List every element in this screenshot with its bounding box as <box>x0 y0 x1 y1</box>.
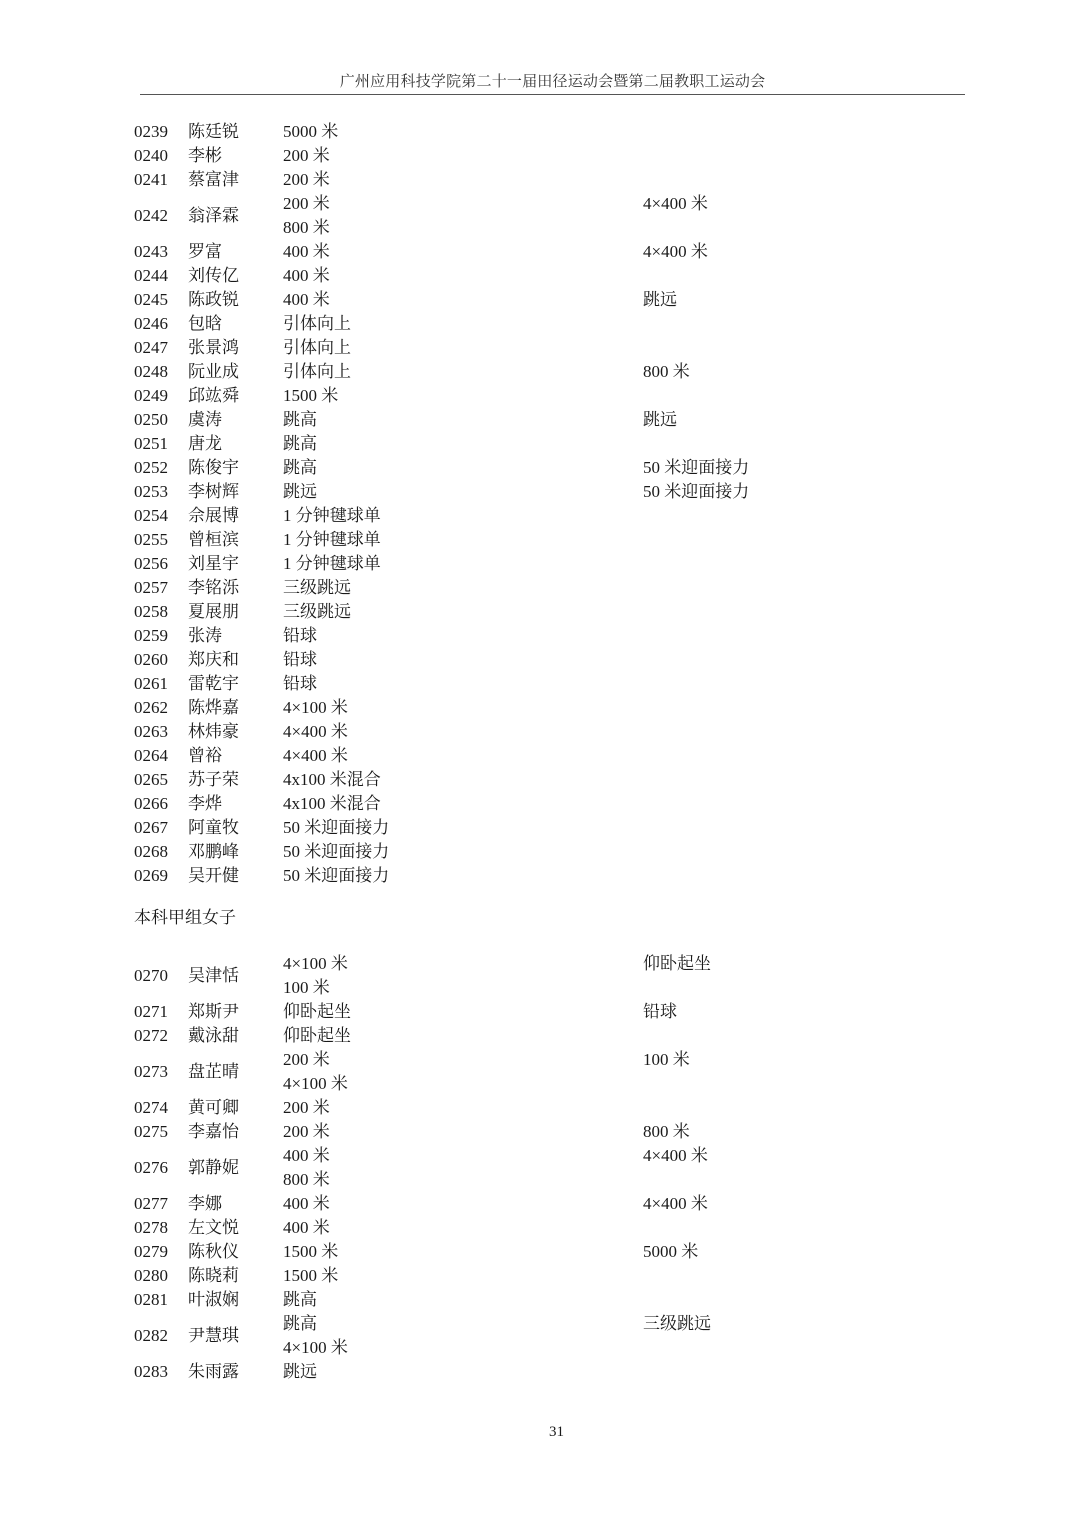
event-item: 400 米 <box>283 1216 330 1240</box>
entry-row: 0241蔡富津200 米 <box>0 168 1080 192</box>
event-item: 跳高 <box>283 1312 348 1336</box>
athlete-name: 盘芷晴 <box>188 1060 239 1084</box>
event-item: 4×400 米 <box>643 192 708 216</box>
entry-row: 0273盘芷晴200 米4×100 米100 米 <box>0 1048 1080 1096</box>
event-item: 50 米迎面接力 <box>283 840 389 864</box>
entry-row: 0251唐龙跳高 <box>0 432 1080 456</box>
event-item: 铅球 <box>283 648 317 672</box>
events-primary: 200 米 <box>283 1120 330 1144</box>
event-item: 仰卧起坐 <box>643 952 711 976</box>
event-item: 200 米 <box>283 168 330 192</box>
event-item: 4×400 米 <box>643 240 708 264</box>
events-primary: 50 米迎面接力 <box>283 816 389 840</box>
athlete-number: 0270 <box>134 964 168 988</box>
events-secondary: 50 米迎面接力 <box>643 480 749 504</box>
athlete-number: 0283 <box>134 1360 168 1384</box>
athlete-name: 陈政锐 <box>188 288 239 312</box>
athlete-number: 0257 <box>134 576 168 600</box>
event-item: 跳高 <box>283 408 317 432</box>
event-item: 400 米 <box>283 240 330 264</box>
event-item: 跳高 <box>283 1288 317 1312</box>
athlete-number: 0239 <box>134 120 168 144</box>
athlete-name: 刘传亿 <box>188 264 239 288</box>
events-primary: 4x100 米混合 <box>283 768 381 792</box>
athlete-number: 0262 <box>134 696 168 720</box>
entry-row: 0258夏展朋三级跳远 <box>0 600 1080 624</box>
events-primary: 200 米 <box>283 1096 330 1120</box>
entry-row: 0270吴津恬4×100 米100 米仰卧起坐 <box>0 952 1080 1000</box>
athlete-number: 0275 <box>134 1120 168 1144</box>
athlete-number: 0273 <box>134 1060 168 1084</box>
events-primary: 400 米 <box>283 264 330 288</box>
event-item: 仰卧起坐 <box>283 1024 351 1048</box>
athlete-number: 0259 <box>134 624 168 648</box>
section-heading: 本科甲组女子 <box>134 906 236 930</box>
events-secondary: 800 米 <box>643 1120 690 1144</box>
event-item: 跳高 <box>283 456 317 480</box>
events-primary: 铅球 <box>283 672 317 696</box>
athlete-name: 张涛 <box>188 624 222 648</box>
events-primary: 400 米 <box>283 288 330 312</box>
events-secondary: 5000 米 <box>643 1240 698 1264</box>
athlete-name: 吴开健 <box>188 864 239 888</box>
athlete-number: 0267 <box>134 816 168 840</box>
events-primary: 4x100 米混合 <box>283 792 381 816</box>
entry-row: 0252陈俊宇跳高50 米迎面接力 <box>0 456 1080 480</box>
athlete-number: 0269 <box>134 864 168 888</box>
events-secondary: 铅球 <box>643 1000 677 1024</box>
event-item: 仰卧起坐 <box>283 1000 351 1024</box>
event-item: 4×400 米 <box>643 1192 708 1216</box>
athlete-number: 0278 <box>134 1216 168 1240</box>
athlete-number: 0254 <box>134 504 168 528</box>
entry-row: 0249邱竑舜1500 米 <box>0 384 1080 408</box>
event-item: 铅球 <box>643 1000 677 1024</box>
athlete-name: 李彬 <box>188 144 222 168</box>
event-item: 铅球 <box>283 672 317 696</box>
entry-row: 0243罗富400 米4×400 米 <box>0 240 1080 264</box>
event-item: 400 米 <box>283 264 330 288</box>
events-primary: 200 米 <box>283 144 330 168</box>
events-secondary: 三级跳远 <box>643 1312 711 1336</box>
event-item: 铅球 <box>283 624 317 648</box>
event-item: 跳远 <box>643 288 677 312</box>
events-secondary: 4×400 米 <box>643 1144 708 1168</box>
entry-row: 0254佘展博1 分钟毽球单 <box>0 504 1080 528</box>
athlete-number: 0250 <box>134 408 168 432</box>
athlete-name: 朱雨露 <box>188 1360 239 1384</box>
athlete-number: 0253 <box>134 480 168 504</box>
entry-row: 0280陈晓莉1500 米 <box>0 1264 1080 1288</box>
event-item: 4×100 米 <box>283 1336 348 1360</box>
athlete-name: 叶淑娴 <box>188 1288 239 1312</box>
athlete-number: 0260 <box>134 648 168 672</box>
events-secondary: 仰卧起坐 <box>643 952 711 976</box>
event-item: 1500 米 <box>283 1264 338 1288</box>
athlete-number: 0276 <box>134 1156 168 1180</box>
entry-row: 0265苏子荣4x100 米混合 <box>0 768 1080 792</box>
athlete-number: 0245 <box>134 288 168 312</box>
athlete-name: 佘展博 <box>188 504 239 528</box>
athlete-name: 翁泽霖 <box>188 204 239 228</box>
athlete-number: 0241 <box>134 168 168 192</box>
events-primary: 仰卧起坐 <box>283 1024 351 1048</box>
events-primary: 引体向上 <box>283 312 351 336</box>
events-primary: 5000 米 <box>283 120 338 144</box>
event-item: 50 米迎面接力 <box>643 456 749 480</box>
events-primary: 4×400 米 <box>283 744 348 768</box>
athlete-number: 0247 <box>134 336 168 360</box>
athlete-number: 0282 <box>134 1324 168 1348</box>
athlete-name: 陈晓莉 <box>188 1264 239 1288</box>
event-item: 5000 米 <box>283 120 338 144</box>
athlete-name: 阿童牧 <box>188 816 239 840</box>
athlete-number: 0240 <box>134 144 168 168</box>
events-primary: 200 米4×100 米 <box>283 1048 348 1096</box>
event-item: 4x100 米混合 <box>283 768 381 792</box>
athlete-name: 陈烨嘉 <box>188 696 239 720</box>
entry-row: 0248阮业成引体向上800 米 <box>0 360 1080 384</box>
event-item: 100 米 <box>283 976 348 1000</box>
events-primary: 400 米800 米 <box>283 1144 330 1192</box>
events-primary: 铅球 <box>283 624 317 648</box>
event-item: 50 米迎面接力 <box>643 480 749 504</box>
athlete-number: 0266 <box>134 792 168 816</box>
event-item: 800 米 <box>643 1120 690 1144</box>
athlete-number: 0249 <box>134 384 168 408</box>
athlete-number: 0277 <box>134 1192 168 1216</box>
athlete-name: 郑庆和 <box>188 648 239 672</box>
athlete-name: 黄可卿 <box>188 1096 239 1120</box>
entry-row: 0259张涛铅球 <box>0 624 1080 648</box>
athlete-name: 张景鸿 <box>188 336 239 360</box>
athlete-name: 雷乾宇 <box>188 672 239 696</box>
event-item: 4×100 米 <box>283 1072 348 1096</box>
events-primary: 跳高 <box>283 1288 317 1312</box>
athlete-name: 曾桓滨 <box>188 528 239 552</box>
athlete-number: 0281 <box>134 1288 168 1312</box>
event-item: 1 分钟毽球单 <box>283 528 381 552</box>
athlete-name: 蔡富津 <box>188 168 239 192</box>
events-primary: 400 米 <box>283 240 330 264</box>
athlete-number: 0256 <box>134 552 168 576</box>
athlete-name: 包晗 <box>188 312 222 336</box>
events-secondary: 4×400 米 <box>643 240 708 264</box>
entry-row: 0266李烨4x100 米混合 <box>0 792 1080 816</box>
events-primary: 1500 米 <box>283 384 338 408</box>
event-item: 跳远 <box>283 480 317 504</box>
event-item: 200 米 <box>283 1096 330 1120</box>
athlete-number: 0265 <box>134 768 168 792</box>
event-item: 200 米 <box>283 1120 330 1144</box>
entry-row: 0264曾裕4×400 米 <box>0 744 1080 768</box>
event-item: 800 米 <box>283 1168 330 1192</box>
athlete-number: 0261 <box>134 672 168 696</box>
events-primary: 4×100 米100 米 <box>283 952 348 1000</box>
event-item: 引体向上 <box>283 336 351 360</box>
athlete-name: 戴泳甜 <box>188 1024 239 1048</box>
athlete-name: 阮业成 <box>188 360 239 384</box>
entry-row: 0239陈廷锐5000 米 <box>0 120 1080 144</box>
event-item: 4×100 米 <box>283 696 348 720</box>
athlete-name: 虞涛 <box>188 408 222 432</box>
event-item: 4×400 米 <box>643 1144 708 1168</box>
event-item: 200 米 <box>283 192 330 216</box>
events-primary: 1 分钟毽球单 <box>283 504 381 528</box>
events-primary: 400 米 <box>283 1216 330 1240</box>
event-item: 三级跳远 <box>283 576 351 600</box>
entry-row: 0277李娜400 米4×400 米 <box>0 1192 1080 1216</box>
event-item: 50 米迎面接力 <box>283 864 389 888</box>
event-item: 800 米 <box>283 216 330 240</box>
header-rule <box>140 94 965 95</box>
athlete-name: 郑斯尹 <box>188 1000 239 1024</box>
event-item: 1500 米 <box>283 1240 338 1264</box>
athlete-number: 0244 <box>134 264 168 288</box>
events-primary: 1 分钟毽球单 <box>283 528 381 552</box>
entry-row: 0269吴开健50 米迎面接力 <box>0 864 1080 888</box>
athlete-name: 李树辉 <box>188 480 239 504</box>
event-item: 200 米 <box>283 144 330 168</box>
event-item: 三级跳远 <box>643 1312 711 1336</box>
athlete-number: 0268 <box>134 840 168 864</box>
events-primary: 200 米800 米 <box>283 192 330 240</box>
event-item: 200 米 <box>283 1048 348 1072</box>
entry-row: 0276郭静妮400 米800 米4×400 米 <box>0 1144 1080 1192</box>
event-item: 跳远 <box>283 1360 317 1384</box>
athlete-number: 0263 <box>134 720 168 744</box>
events-secondary: 4×400 米 <box>643 1192 708 1216</box>
athlete-number: 0251 <box>134 432 168 456</box>
athlete-name: 曾裕 <box>188 744 222 768</box>
entry-row: 0282尹慧琪跳高4×100 米三级跳远 <box>0 1312 1080 1360</box>
events-primary: 50 米迎面接力 <box>283 864 389 888</box>
page-number: 31 <box>0 1424 1080 1441</box>
athlete-name: 李嘉怡 <box>188 1120 239 1144</box>
athlete-number: 0242 <box>134 204 168 228</box>
entry-row: 0246包晗引体向上 <box>0 312 1080 336</box>
entry-row: 0257李铭泺三级跳远 <box>0 576 1080 600</box>
entry-row: 0275李嘉怡200 米800 米 <box>0 1120 1080 1144</box>
event-item: 400 米 <box>283 288 330 312</box>
events-primary: 跳远 <box>283 1360 317 1384</box>
event-item: 三级跳远 <box>283 600 351 624</box>
athlete-name: 左文悦 <box>188 1216 239 1240</box>
event-item: 4x100 米混合 <box>283 792 381 816</box>
entry-row: 0245陈政锐400 米跳远 <box>0 288 1080 312</box>
events-primary: 三级跳远 <box>283 600 351 624</box>
events-primary: 200 米 <box>283 168 330 192</box>
page-header-title: 广州应用科技学院第二十一届田径运动会暨第二届教职工运动会 <box>140 70 965 91</box>
entry-row: 0242翁泽霖200 米800 米4×400 米 <box>0 192 1080 240</box>
athlete-name: 刘星宇 <box>188 552 239 576</box>
entry-row: 0263林炜豪4×400 米 <box>0 720 1080 744</box>
entry-row: 0255曾桓滨1 分钟毽球单 <box>0 528 1080 552</box>
athlete-number: 0243 <box>134 240 168 264</box>
athlete-number: 0274 <box>134 1096 168 1120</box>
event-item: 800 米 <box>643 360 690 384</box>
entry-row: 0262陈烨嘉4×100 米 <box>0 696 1080 720</box>
events-primary: 仰卧起坐 <box>283 1000 351 1024</box>
athlete-name: 吴津恬 <box>188 964 239 988</box>
events-secondary: 4×400 米 <box>643 192 708 216</box>
athlete-number: 0280 <box>134 1264 168 1288</box>
entry-row: 0256刘星宇1 分钟毽球单 <box>0 552 1080 576</box>
athlete-name: 尹慧琪 <box>188 1324 239 1348</box>
athlete-number: 0248 <box>134 360 168 384</box>
athlete-number: 0252 <box>134 456 168 480</box>
athlete-name: 邱竑舜 <box>188 384 239 408</box>
events-primary: 跳高 <box>283 408 317 432</box>
entry-row: 0278左文悦400 米 <box>0 1216 1080 1240</box>
athlete-name: 李娜 <box>188 1192 222 1216</box>
athlete-number: 0255 <box>134 528 168 552</box>
entry-row: 0272戴泳甜仰卧起坐 <box>0 1024 1080 1048</box>
event-item: 400 米 <box>283 1192 330 1216</box>
entry-row: 0271郑斯尹仰卧起坐铅球 <box>0 1000 1080 1024</box>
athlete-name: 苏子荣 <box>188 768 239 792</box>
athlete-number: 0264 <box>134 744 168 768</box>
entry-row: 0267阿童牧50 米迎面接力 <box>0 816 1080 840</box>
events-primary: 4×400 米 <box>283 720 348 744</box>
athlete-name: 郭静妮 <box>188 1156 239 1180</box>
event-item: 4×100 米 <box>283 952 348 976</box>
athlete-name: 李铭泺 <box>188 576 239 600</box>
athlete-name: 罗富 <box>188 240 222 264</box>
entry-row: 0260郑庆和铅球 <box>0 648 1080 672</box>
events-primary: 跳高4×100 米 <box>283 1312 348 1360</box>
event-item: 1500 米 <box>283 384 338 408</box>
athlete-name: 夏展朋 <box>188 600 239 624</box>
athlete-name: 唐龙 <box>188 432 222 456</box>
events-primary: 跳高 <box>283 432 317 456</box>
event-item: 跳高 <box>283 432 317 456</box>
athlete-name: 陈廷锐 <box>188 120 239 144</box>
athlete-number: 0272 <box>134 1024 168 1048</box>
events-primary: 铅球 <box>283 648 317 672</box>
events-primary: 引体向上 <box>283 360 351 384</box>
athlete-number: 0246 <box>134 312 168 336</box>
event-item: 4×400 米 <box>283 720 348 744</box>
events-secondary: 跳远 <box>643 408 677 432</box>
event-item: 50 米迎面接力 <box>283 816 389 840</box>
entry-row: 0268邓鹏峰50 米迎面接力 <box>0 840 1080 864</box>
event-item: 1 分钟毽球单 <box>283 552 381 576</box>
entry-row: 0261雷乾宇铅球 <box>0 672 1080 696</box>
entry-row: 0283朱雨露跳远 <box>0 1360 1080 1384</box>
events-primary: 1 分钟毽球单 <box>283 552 381 576</box>
athlete-name: 陈俊宇 <box>188 456 239 480</box>
athlete-name: 陈秋仪 <box>188 1240 239 1264</box>
events-primary: 400 米 <box>283 1192 330 1216</box>
events-primary: 50 米迎面接力 <box>283 840 389 864</box>
events-secondary: 100 米 <box>643 1048 690 1072</box>
entry-row: 0253李树辉跳远50 米迎面接力 <box>0 480 1080 504</box>
events-primary: 1500 米 <box>283 1240 338 1264</box>
events-primary: 跳高 <box>283 456 317 480</box>
athlete-name: 李烨 <box>188 792 222 816</box>
entry-row: 0281叶淑娴跳高 <box>0 1288 1080 1312</box>
events-primary: 4×100 米 <box>283 696 348 720</box>
athlete-name: 林炜豪 <box>188 720 239 744</box>
event-item: 引体向上 <box>283 312 351 336</box>
entry-row: 0240李彬200 米 <box>0 144 1080 168</box>
event-item: 4×400 米 <box>283 744 348 768</box>
events-primary: 三级跳远 <box>283 576 351 600</box>
athlete-number: 0258 <box>134 600 168 624</box>
athlete-number: 0271 <box>134 1000 168 1024</box>
event-item: 100 米 <box>643 1048 690 1072</box>
entry-row: 0244刘传亿400 米 <box>0 264 1080 288</box>
events-primary: 引体向上 <box>283 336 351 360</box>
event-item: 跳远 <box>643 408 677 432</box>
events-primary: 跳远 <box>283 480 317 504</box>
entry-row: 0279陈秋仪1500 米5000 米 <box>0 1240 1080 1264</box>
event-item: 400 米 <box>283 1144 330 1168</box>
events-secondary: 50 米迎面接力 <box>643 456 749 480</box>
events-secondary: 800 米 <box>643 360 690 384</box>
athlete-number: 0279 <box>134 1240 168 1264</box>
event-item: 1 分钟毽球单 <box>283 504 381 528</box>
entry-row: 0247张景鸿引体向上 <box>0 336 1080 360</box>
entry-row: 0250虞涛跳高跳远 <box>0 408 1080 432</box>
events-primary: 1500 米 <box>283 1264 338 1288</box>
athlete-name: 邓鹏峰 <box>188 840 239 864</box>
event-item: 引体向上 <box>283 360 351 384</box>
events-secondary: 跳远 <box>643 288 677 312</box>
event-item: 5000 米 <box>643 1240 698 1264</box>
entry-row: 0274黄可卿200 米 <box>0 1096 1080 1120</box>
